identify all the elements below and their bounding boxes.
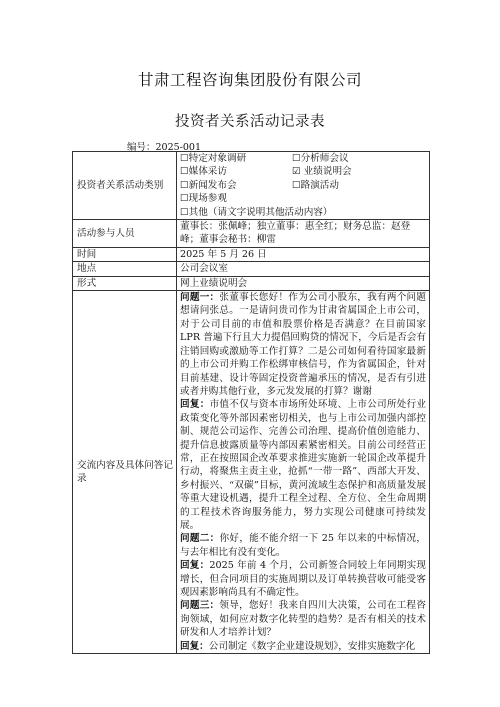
option-specific-research[interactable]: ☐特定对象调研 <box>180 152 292 165</box>
category-label: 投资者关系活动类别 <box>73 152 177 220</box>
checkbox-checked-icon[interactable]: ☑ <box>292 166 301 177</box>
checkbox-icon[interactable]: ☐ <box>180 207 189 218</box>
option-roadshow[interactable]: ☐路演活动 <box>292 179 426 192</box>
activity-record-table: 投资者关系活动类别 ☐特定对象调研 ☐分析师会议 ☐媒体采访 ☑ 业绩说明会 ☐… <box>72 151 430 654</box>
option-press-conference[interactable]: ☐新闻发布会 <box>180 179 292 192</box>
place-value: 公司会议室 <box>177 262 430 276</box>
option-analyst-meeting[interactable]: ☐分析师会议 <box>292 152 426 165</box>
qa-label: 交流内容及具体问答记录 <box>73 291 177 654</box>
row-form: 形式 网上业绩说明会 <box>73 276 430 290</box>
time-label: 时间 <box>73 247 177 261</box>
row-time: 时间 2025 年 5 月 26 日 <box>73 247 430 261</box>
question-3: 问题三：领导，您好！我来自四川大决策，公司在工程咨询领域，如何应对数字化转型的趋… <box>180 599 426 639</box>
checkbox-icon[interactable]: ☐ <box>180 193 189 204</box>
row-category: 投资者关系活动类别 ☐特定对象调研 ☐分析师会议 ☐媒体采访 ☑ 业绩说明会 ☐… <box>73 152 430 220</box>
question-2: 问题二：你好，能不能介绍一下 25 年以来的中标情况，与去年相比有没有变化。 <box>180 532 426 559</box>
company-name: 甘肃工程咨询集团股份有限公司 <box>0 68 500 90</box>
form-value: 网上业绩说明会 <box>177 276 430 290</box>
checkbox-icon[interactable]: ☐ <box>180 166 189 177</box>
option-other[interactable]: ☐其他（请文字说明其他活动内容） <box>180 206 426 219</box>
checkbox-icon[interactable]: ☐ <box>180 180 189 191</box>
option-site-visit[interactable]: ☐现场参观 <box>180 192 292 205</box>
row-participants: 活动参与人员 董事长：张佩峰；独立董事：惠全红；财务总监：赵登峰；董事会秘书：柳… <box>73 220 430 248</box>
participants-label: 活动参与人员 <box>73 220 177 248</box>
qa-content: 问题一：张董事长您好！作为公司小股东，我有两个问题想请问张总。一是请问贵司作为甘… <box>177 291 430 654</box>
document-title: 投资者关系活动记录表 <box>0 110 500 131</box>
answer-3: 回复：公司制定《数字企业建设规划》，安排实施数字化 <box>180 640 426 653</box>
option-media-interview[interactable]: ☐媒体采访 <box>180 165 292 178</box>
place-label: 地点 <box>73 262 177 276</box>
checkbox-icon[interactable]: ☐ <box>292 153 301 164</box>
answer-1: 回复：市值不仅与资本市场所处环境、上市公司所处行业政策变化等外部因素密切相关，也… <box>180 398 426 532</box>
category-options: ☐特定对象调研 ☐分析师会议 ☐媒体采访 ☑ 业绩说明会 ☐新闻发布会 ☐路演活… <box>177 152 430 220</box>
checkbox-icon[interactable]: ☐ <box>292 180 301 191</box>
row-qa: 交流内容及具体问答记录 问题一：张董事长您好！作为公司小股东，我有两个问题想请问… <box>73 291 430 654</box>
answer-2: 回复：2025 年前 4 个月，公司新签合同较上年同期实现增长，但合同项目的实施… <box>180 559 426 599</box>
question-1: 问题一：张董事长您好！作为公司小股东，我有两个问题想请问张总。一是请问贵司作为甘… <box>180 291 426 398</box>
row-place: 地点 公司会议室 <box>73 262 430 276</box>
time-value: 2025 年 5 月 26 日 <box>177 247 430 261</box>
participants-value: 董事长：张佩峰；独立董事：惠全红；财务总监：赵登峰；董事会秘书：柳雷 <box>177 220 430 248</box>
form-label: 形式 <box>73 276 177 290</box>
checkbox-icon[interactable]: ☐ <box>180 153 189 164</box>
option-earnings-call[interactable]: ☑ 业绩说明会 <box>292 165 426 178</box>
